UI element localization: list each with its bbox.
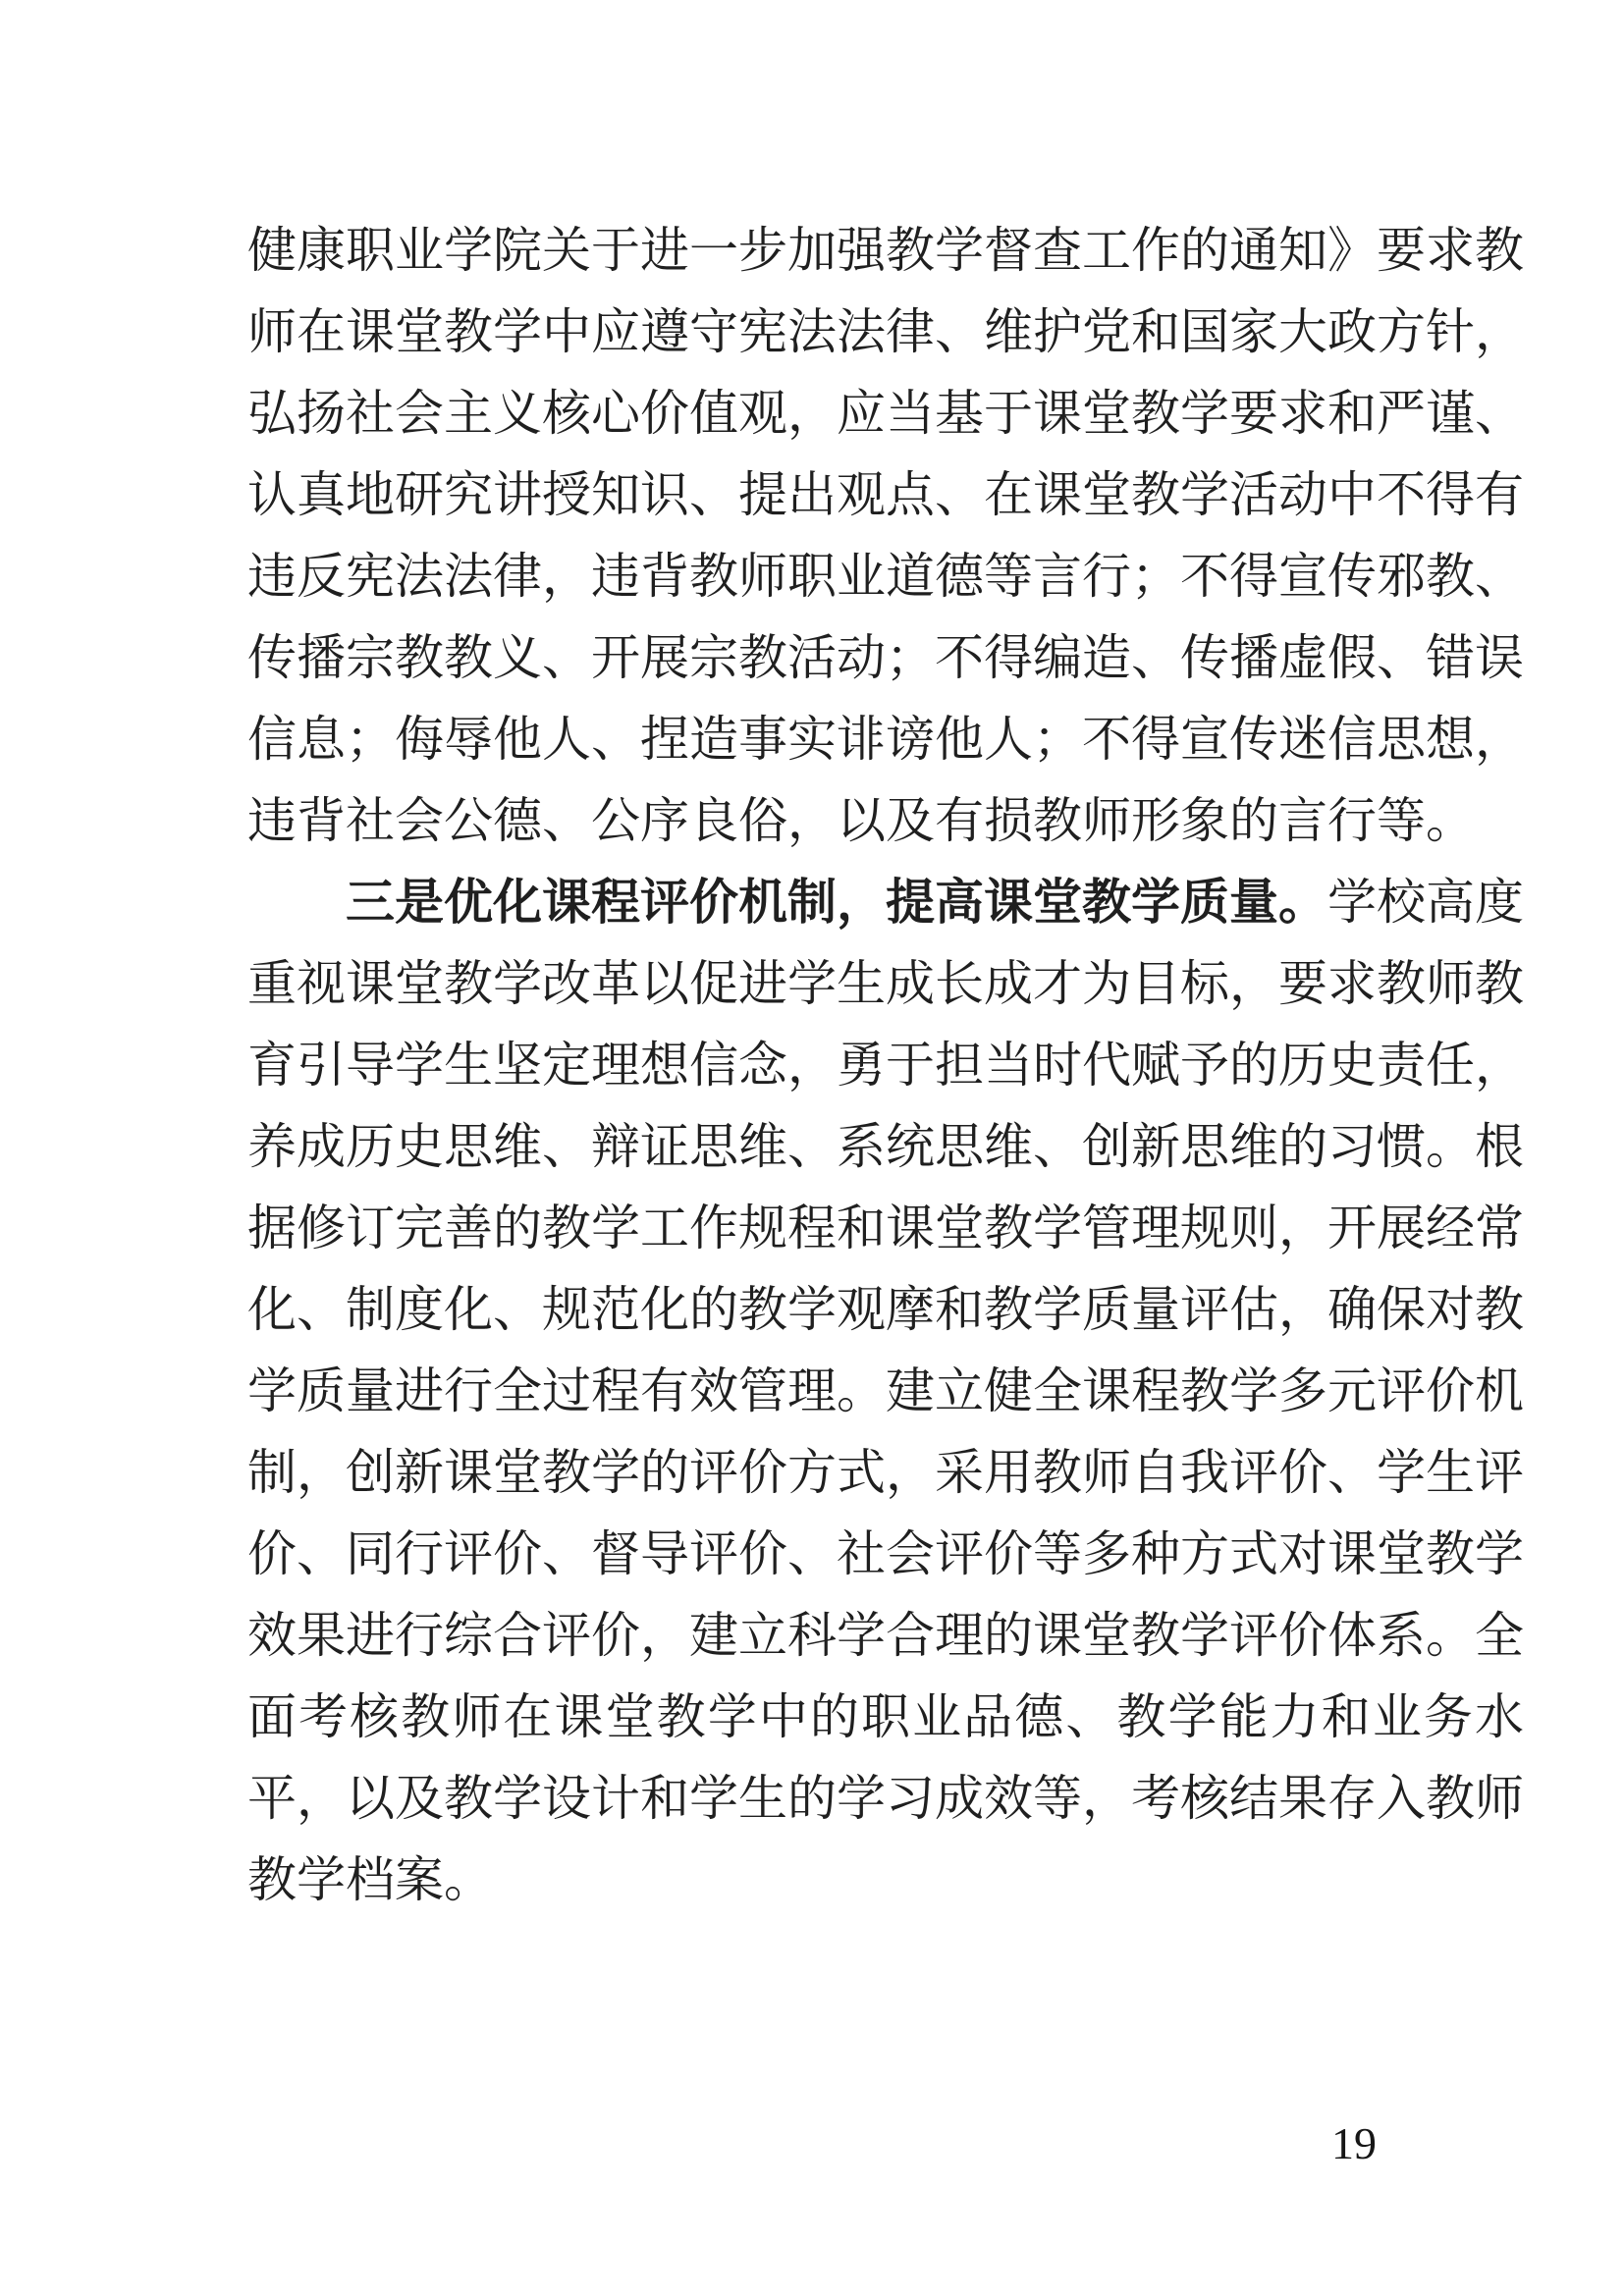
paragraph-lead-bold: 三是优化课程评价机制，提高课堂教学质量。	[346, 875, 1327, 930]
paragraph-text: 学校高度重视课堂教学改革以促进学生成长成才为目标，要求教师教育引导学生坚定理想信…	[247, 875, 1524, 1907]
paragraph: 健康职业学院关于进一步加强教学督查工作的通知》要求教师在课堂教学中应遵守宪法法律…	[247, 210, 1524, 862]
paragraph: 三是优化课程评价机制，提高课堂教学质量。学校高度重视课堂教学改革以促进学生成长成…	[247, 862, 1524, 1921]
page-number: 19	[1331, 2118, 1377, 2169]
document-body: 健康职业学院关于进一步加强教学督查工作的通知》要求教师在课堂教学中应遵守宪法法律…	[247, 210, 1524, 1921]
paragraph-text: 健康职业学院关于进一步加强教学督查工作的通知》要求教师在课堂教学中应遵守宪法法律…	[247, 223, 1524, 848]
document-page: 健康职业学院关于进一步加强教学督查工作的通知》要求教师在课堂教学中应遵守宪法法律…	[0, 0, 1624, 2296]
